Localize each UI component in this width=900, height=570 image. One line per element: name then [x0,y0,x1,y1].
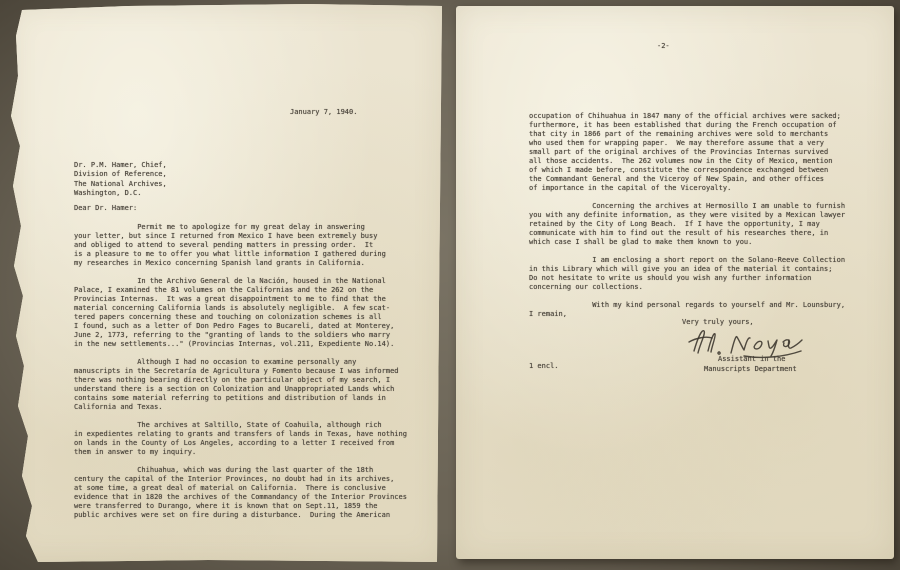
paragraph: The archives at Saltillo, State of Coahu… [74,421,434,457]
signer-title-line-2: Manuscripts Department [704,365,797,374]
text-line: my researches in Mexico concerning Spani… [74,259,434,268]
letter-body-page-2: occupation of Chihuahua in 1847 many of … [529,112,879,328]
recipient-address-block: Dr. P.M. Hamer, Chief,Division of Refere… [74,161,167,198]
text-line: of importance in the capital of the Vice… [529,184,879,193]
text-line: material concerning California lands is … [74,304,434,313]
address-line: Washington, D.C. [74,189,167,198]
text-line: The archives at Saltillo, State of Coahu… [74,421,434,430]
scanned-letter-background: { "colors":{ "background":"#6b6456", "pa… [0,0,900,570]
address-line: Dr. P.M. Hamer, Chief, [74,161,167,170]
address-line: Division of Reference, [74,170,167,179]
text-line: tered papers concerning these and touchi… [74,313,434,322]
text-line: in this Library which will give you an i… [529,265,879,274]
text-line: manuscripts in the Secretaría de Agricul… [74,367,434,376]
text-line: In the Archivo General de la Nación, hou… [74,277,434,286]
text-line: of which I made before, constitute the c… [529,166,879,175]
text-line: the Commandant General and the Viceroy o… [529,175,879,184]
text-line: Chihuahua, which was during the last qua… [74,466,434,475]
paragraph: With my kind personal regards to yoursel… [529,301,879,319]
text-line: you with any definite information, as th… [529,211,879,220]
text-line: I am enclosing a short report on the Sol… [529,256,879,265]
paragraph: Chihuahua, which was during the last qua… [74,466,434,520]
letter-body-page-1: Permit me to apologize for my great dela… [74,223,434,529]
text-line: I found, such as a letter of Don Pedro F… [74,322,434,331]
signer-title-line-1: Assistant in the [718,355,785,364]
signature-handwriting [684,325,806,359]
text-line: in the new settlements..." (Provincias I… [74,340,434,349]
text-line: that city in 1866 part of the remaining … [529,130,879,139]
text-line: which case I shall be glad to make them … [529,238,879,247]
paragraph: Concerning the archives at Hermosillo I … [529,202,879,247]
paragraph: In the Archivo General de la Nación, hou… [74,277,434,349]
text-line: retained by the City of Long Beach. If I… [529,220,879,229]
letter-page-2: -2- occupation of Chihuahua in 1847 many… [456,6,894,559]
text-line: and obliged to attend to several pending… [74,241,434,250]
enclosure-note: 1 encl. [529,362,559,371]
text-line: With my kind personal regards to yoursel… [529,301,879,310]
text-line: occupation of Chihuahua in 1847 many of … [529,112,879,121]
text-line: Although I had no occasion to examine pe… [74,358,434,367]
text-line: concerning our collections. [529,283,879,292]
text-line: all those accidents. The 262 volumes now… [529,157,879,166]
text-line: June 2, 1773, referring to the "granting… [74,331,434,340]
text-line: contains some material referring to peti… [74,394,434,403]
text-line: public archives were set on fire during … [74,511,434,520]
text-line: who used them for wrapping paper. We may… [529,139,879,148]
letter-date: January 7, 1940. [290,108,357,117]
text-line: understand there is a section on Coloniz… [74,385,434,394]
text-line: your letter, but since I returned from M… [74,232,434,241]
text-line: Palace, I examined the 81 volumes on the… [74,286,434,295]
text-line: them in answer to my inquiry. [74,448,434,457]
paragraph: occupation of Chihuahua in 1847 many of … [529,112,879,193]
text-line: evidence that in 1820 the archives of th… [74,493,434,502]
text-line: in expedientes relating to grants and tr… [74,430,434,439]
paragraph: I am enclosing a short report on the Sol… [529,256,879,292]
text-line: at some time, a great deal of material o… [74,484,434,493]
paragraph: Although I had no occasion to examine pe… [74,358,434,412]
address-line: The National Archives, [74,180,167,189]
text-line: California and Texas. [74,403,434,412]
text-line: Provincias Internas. It was a great disa… [74,295,434,304]
text-line: furthermore, it has been established tha… [529,121,879,130]
text-line: Do not hesitate to write us should you w… [529,274,879,283]
text-line: on lands in the County of Los Angeles, a… [74,439,434,448]
text-line: were transferred to Durango, where it is… [74,502,434,511]
letter-page-1: January 7, 1940. Dr. P.M. Hamer, Chief,D… [8,4,442,562]
text-line: Concerning the archives at Hermosillo I … [529,202,879,211]
signature-ink-icon [684,325,806,359]
text-line: communicate with him to find out the res… [529,229,879,238]
text-line: small part of the original archives of t… [529,148,879,157]
page-number: -2- [657,42,670,51]
text-line: Permit me to apologize for my great dela… [74,223,434,232]
salutation: Dear Dr. Hamer: [74,204,137,213]
text-line: century the capital of the Interior Prov… [74,475,434,484]
text-line: there was nothing bearing directly on th… [74,376,434,385]
paragraph: Permit me to apologize for my great dela… [74,223,434,268]
text-line: is a pleasure to me to offer you what li… [74,250,434,259]
